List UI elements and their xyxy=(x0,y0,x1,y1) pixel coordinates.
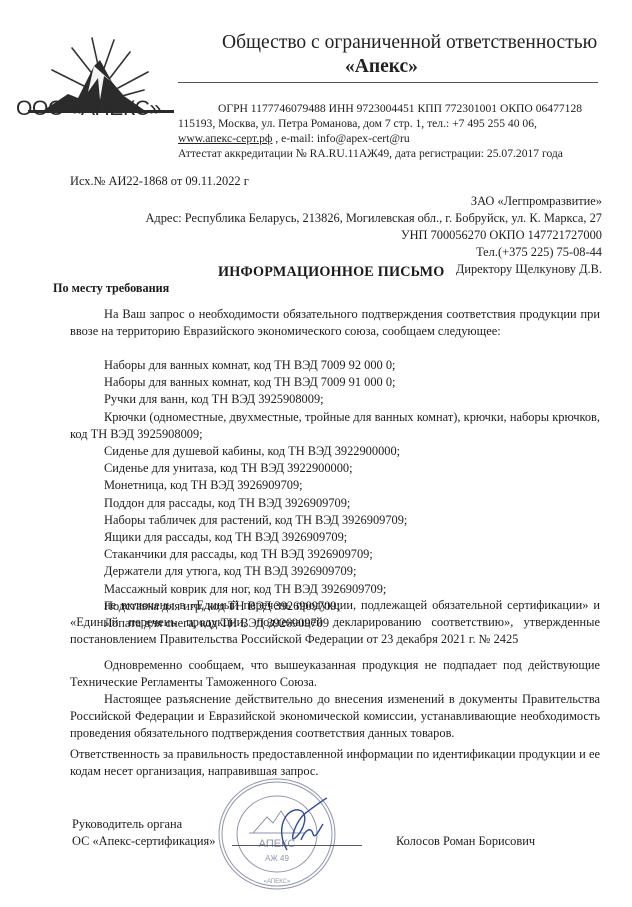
product-list-item: Крючки (одноместные, двухместные, тройны… xyxy=(70,409,600,443)
product-list-item: Наборы для ванных комнат, код ТН ВЭД 700… xyxy=(70,374,600,391)
recipient-address: Адрес: Республика Беларусь, 213826, Моги… xyxy=(145,211,602,226)
address-line: 115193, Москва, ул. Петра Романова, дом … xyxy=(178,117,537,130)
intro-text: На Ваш запрос о необходимости обязательн… xyxy=(70,306,600,340)
registration-line: ОГРН 1177746079488 ИНН 9723004451 КПП 77… xyxy=(218,102,582,115)
product-list-item: Ручки для ванн, код ТН ВЭД 3925908009; xyxy=(70,391,600,408)
regulations-paragraph: Одновременно сообщаем, что вышеуказанная… xyxy=(70,657,600,691)
product-list-item: Держатели для утюга, код ТН ВЭД 39269097… xyxy=(70,563,600,580)
recipient-addressee: Директору Щелкунову Д.В. xyxy=(456,262,602,277)
product-list-item: Ящики для рассады, код ТН ВЭД 3926909709… xyxy=(70,529,600,546)
product-list-item: Наборы табличек для растений, код ТН ВЭД… xyxy=(70,512,600,529)
org-name: «Апекс» xyxy=(345,56,418,78)
exclusion-paragraph: не включены в «Единый перечень продукции… xyxy=(70,597,600,649)
accreditation-line: Аттестат аккредитации № RA.RU.11АЖ49, да… xyxy=(178,147,563,160)
validity-text: Настоящее разъяснение действительно до в… xyxy=(70,691,600,743)
validity-paragraph: Настоящее разъяснение действительно до в… xyxy=(70,691,600,743)
signature-line xyxy=(232,845,362,846)
contact-line: www.апекс-серт.рф , e-mail: info@apex-ce… xyxy=(178,132,410,145)
signer-name: Колосов Роман Борисович xyxy=(396,834,535,849)
signer-position-line1: Руководитель органа xyxy=(72,817,182,832)
product-list-item: Стаканчики для рассады, код ТН ВЭД 39269… xyxy=(70,546,600,563)
product-list-item: Сиденье для унитаза, код ТН ВЭД 39229000… xyxy=(70,460,600,477)
document-title: ИНФОРМАЦИОННОЕ ПИСЬМО xyxy=(218,264,444,281)
recipient-phone: Тел.(+375 225) 75-08-44 xyxy=(476,245,602,260)
document-subject: По месту требования xyxy=(53,281,169,296)
recipient-company: ЗАО «Легпромразвитие» xyxy=(471,194,602,209)
signer-position-line2: ОС «Апекс-сертификация» xyxy=(72,834,215,849)
header-divider xyxy=(178,82,598,83)
product-list-item: Поддон для рассады, код ТН ВЭД 392690970… xyxy=(70,495,600,512)
product-list: Наборы для ванных комнат, код ТН ВЭД 700… xyxy=(70,357,600,632)
org-form: Общество с ограниченной ответственностью xyxy=(222,32,597,54)
recipient-ids: УНП 700056270 ОКПО 147721727000 xyxy=(401,228,602,243)
svg-text:«АПЕКС»: «АПЕКС» xyxy=(264,879,291,885)
exclusion-text: не включены в «Единый перечень продукции… xyxy=(70,597,600,649)
website-link[interactable]: www.апекс-серт.рф xyxy=(178,132,272,145)
outgoing-reference: Исх.№ АИ22-1868 от 09.11.2022 г xyxy=(70,174,249,189)
email-text: , e-mail: info@apex-cert@ru xyxy=(272,132,409,145)
handwritten-signature xyxy=(265,790,335,860)
product-list-item: Сиденье для душевой кабины, код ТН ВЭД 3… xyxy=(70,443,600,460)
product-list-item: Массажный коврик для ног, код ТН ВЭД 392… xyxy=(70,581,600,598)
regulations-text: Одновременно сообщаем, что вышеуказанная… xyxy=(70,657,600,691)
logo-text: ООО «АПЕКС» xyxy=(16,97,161,121)
intro-paragraph: На Ваш запрос о необходимости обязательн… xyxy=(70,306,600,340)
product-list-item: Монетница, код ТН ВЭД 3926909709; xyxy=(70,477,600,494)
product-list-item: Наборы для ванных комнат, код ТН ВЭД 700… xyxy=(70,357,600,374)
